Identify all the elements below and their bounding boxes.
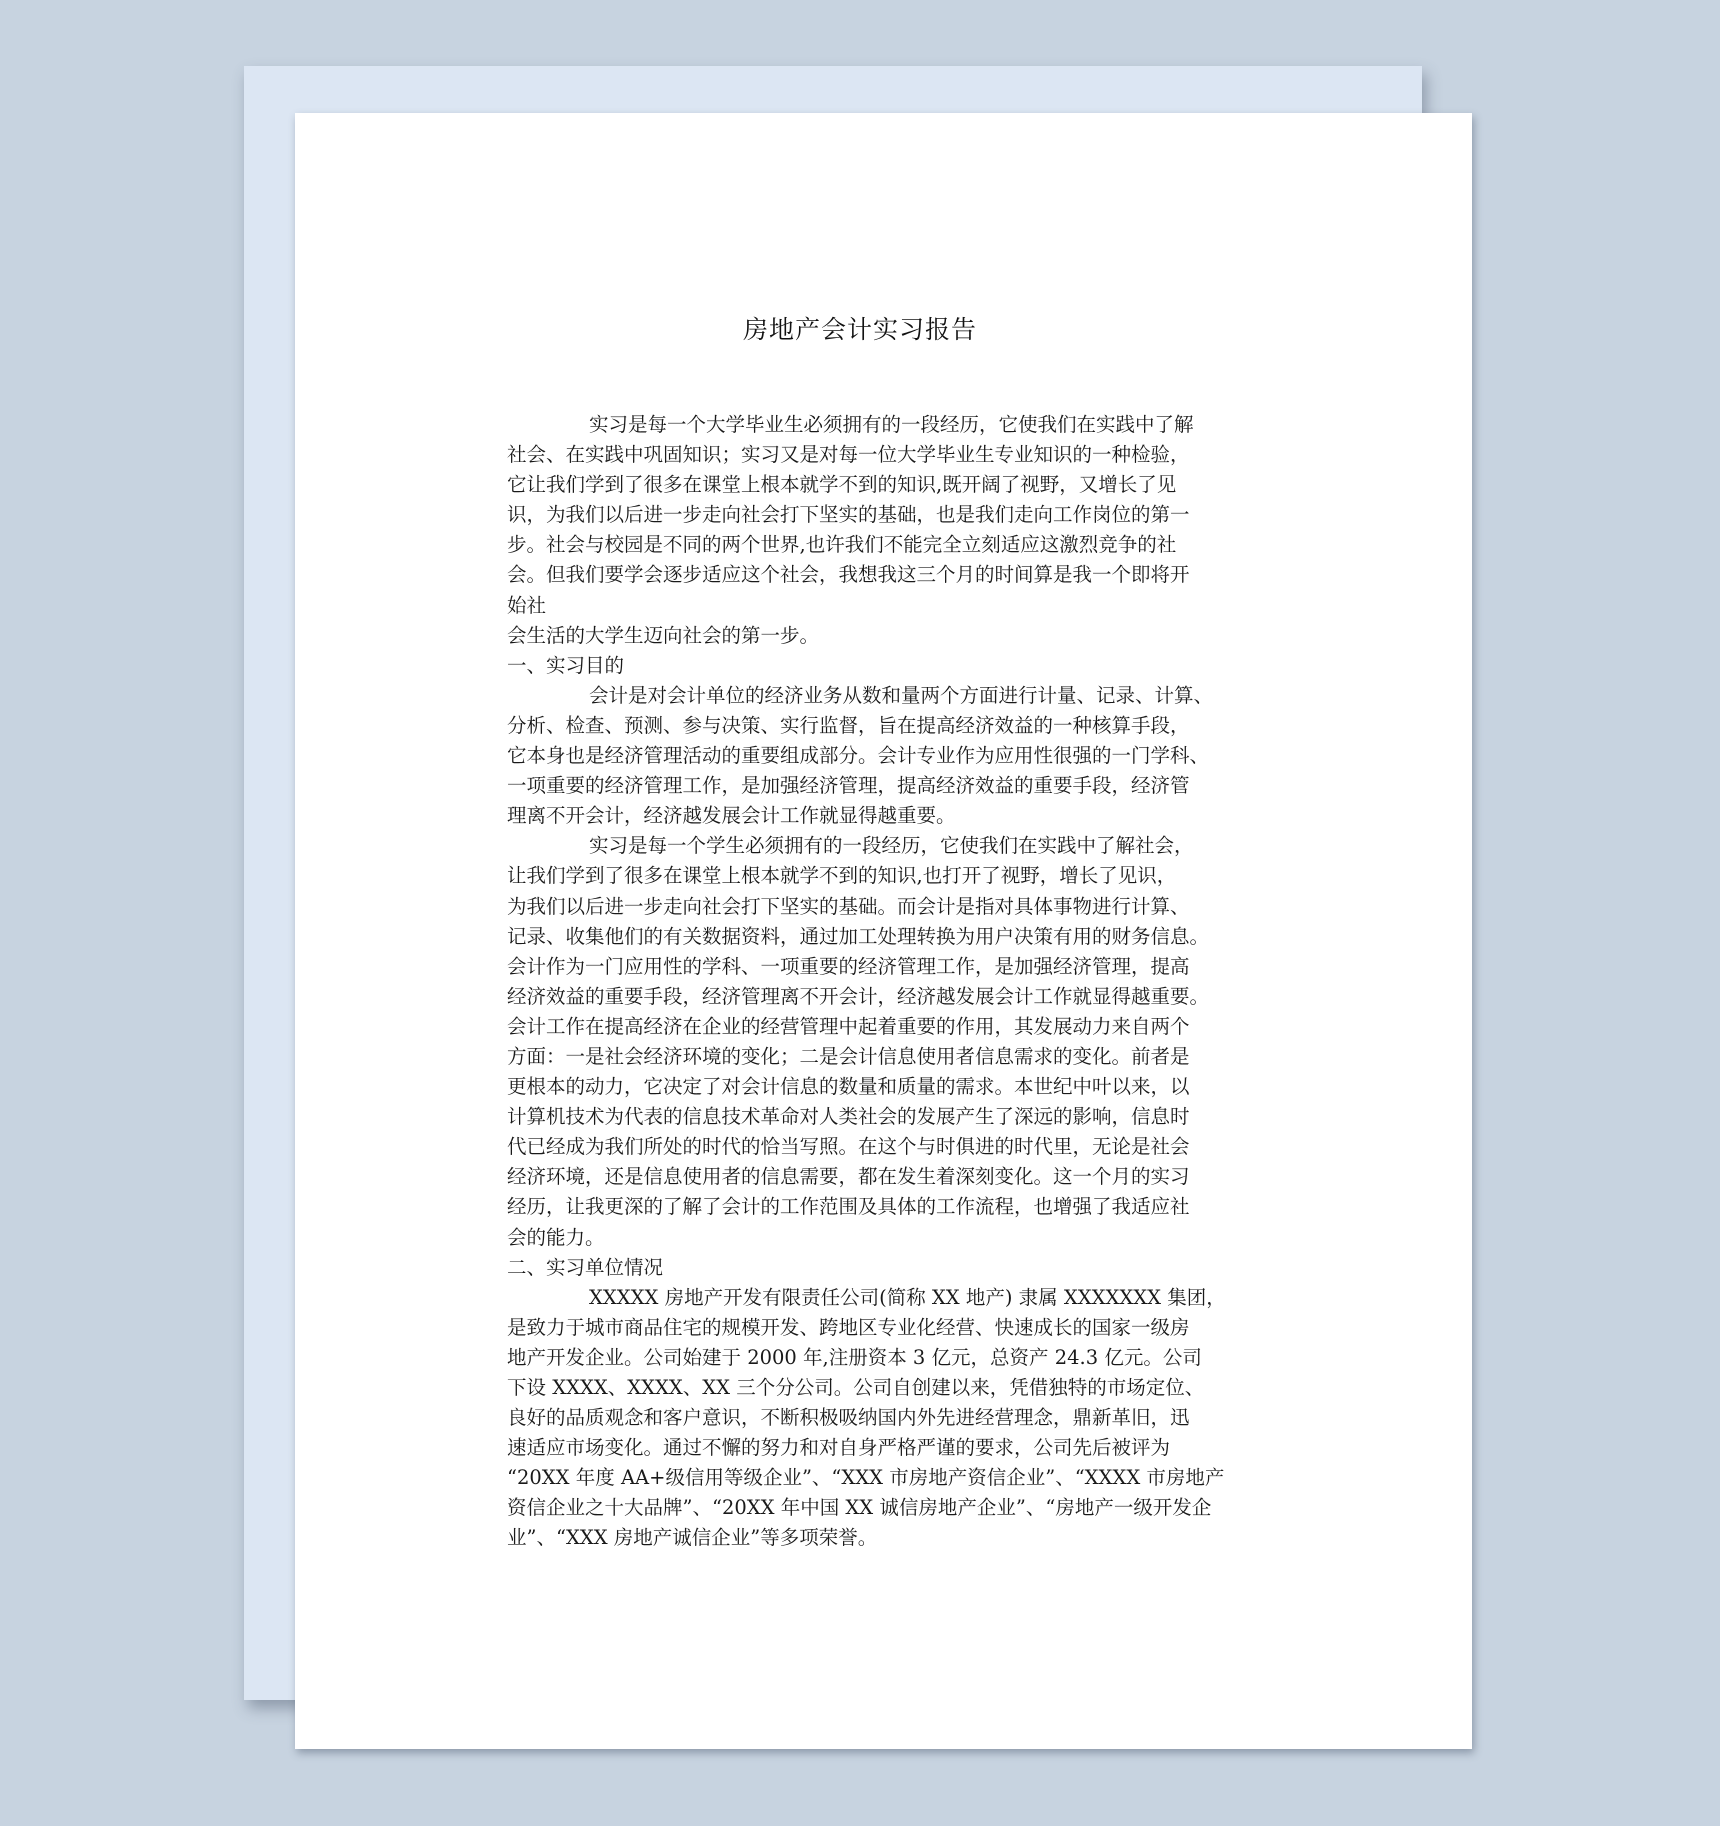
body-line: 速适应市场变化。通过不懈的努力和对自身严格严谨的要求，公司先后被评为 — [507, 1433, 1267, 1463]
body-line: 会计工作在提高经济在企业的经营管理中起着重要的作用，其发展动力来自两个 — [507, 1012, 1267, 1042]
body-line: 分析、检查、预测、参与决策、实行监督，旨在提高经济效益的一种核算手段， — [507, 711, 1267, 741]
body-line: 地产开发企业。公司始建于 2000 年,注册资本 3 亿元，总资产 24.3 亿… — [507, 1343, 1267, 1373]
body-line: 一项重要的经济管理工作，是加强经济管理，提高经济效益的重要手段，经济管 — [507, 771, 1267, 801]
body-line: 为我们以后进一步走向社会打下坚实的基础。而会计是指对具体事物进行计算、 — [507, 892, 1267, 922]
body-line: 会计作为一门应用性的学科、一项重要的经济管理工作，是加强经济管理，提高 — [507, 952, 1267, 982]
body-line: 实习是每一个学生必须拥有的一段经历，它使我们在实践中了解社会， — [507, 831, 1267, 861]
document-title: 房地产会计实习报告 — [0, 310, 1720, 346]
body-line: 步。社会与校园是不同的两个世界,也许我们不能完全立刻适应这激烈竞争的社 — [507, 530, 1267, 560]
body-line: 让我们学到了很多在课堂上根本就学不到的知识,也打开了视野，增长了见识， — [507, 861, 1267, 891]
body-line: 会的能力。 — [507, 1223, 1267, 1253]
body-line: 业”、“XXX 房地产诚信企业”等多项荣誉。 — [507, 1523, 1267, 1553]
body-line: 记录、收集他们的有关数据资料，通过加工处理转换为用户决策有用的财务信息。 — [507, 922, 1267, 952]
body-line: 方面：一是社会经济环境的变化；二是会计信息使用者信息需求的变化。前者是 — [507, 1042, 1267, 1072]
body-line: “20XX 年度 AA+级信用等级企业”、“XXX 市房地产资信企业”、“XXX… — [507, 1463, 1267, 1493]
body-line: 良好的品质观念和客户意识，不断积极吸纳国内外先进经营理念，鼎新革旧，迅 — [507, 1403, 1267, 1433]
body-line: 资信企业之十大品牌”、“20XX 年中国 XX 诚信房地产企业”、“房地产一级开… — [507, 1493, 1267, 1523]
body-line: 会。但我们要学会逐步适应这个社会，我想我这三个月的时间算是我一个即将开 — [507, 560, 1267, 590]
body-line: 理离不开会计，经济越发展会计工作就显得越重要。 — [507, 801, 1267, 831]
body-line: 更根本的动力，它决定了对会计信息的数量和质量的需求。本世纪中叶以来，以 — [507, 1072, 1267, 1102]
body-line: 经历，让我更深的了解了会计的工作范围及具体的工作流程，也增强了我适应社 — [507, 1192, 1267, 1222]
body-line: 是致力于城市商品住宅的规模开发、跨地区专业化经营、快速成长的国家一级房 — [507, 1313, 1267, 1343]
body-line: 计算机技术为代表的信息技术革命对人类社会的发展产生了深远的影响，信息时 — [507, 1102, 1267, 1132]
section-heading: 二、实习单位情况 — [507, 1253, 1267, 1283]
document-body: 实习是每一个大学毕业生必须拥有的一段经历，它使我们在实践中了解社会、在实践中巩固… — [507, 410, 1267, 1554]
body-line: 经济效益的重要手段，经济管理离不开会计，经济越发展会计工作就显得越重要。 — [507, 982, 1267, 1012]
body-line: 实习是每一个大学毕业生必须拥有的一段经历，它使我们在实践中了解 — [507, 410, 1267, 440]
body-line: 下设 XXXX、XXXX、XX 三个分公司。公司自创建以来，凭借独特的市场定位、 — [507, 1373, 1267, 1403]
section-heading: 一、实习目的 — [507, 651, 1267, 681]
body-line: 识，为我们以后进一步走向社会打下坚实的基础，也是我们走向工作岗位的第一 — [507, 500, 1267, 530]
body-line: 会生活的大学生迈向社会的第一步。 — [507, 621, 1267, 651]
body-line: 代已经成为我们所处的时代的恰当写照。在这个与时俱进的时代里，无论是社会 — [507, 1132, 1267, 1162]
body-line: 会计是对会计单位的经济业务从数和量两个方面进行计量、记录、计算、 — [507, 681, 1267, 711]
body-line: 始社 — [507, 591, 1267, 621]
body-line: 它本身也是经济管理活动的重要组成部分。会计专业作为应用性很强的一门学科、 — [507, 741, 1267, 771]
body-line: XXXXX 房地产开发有限责任公司(简称 XX 地产) 隶属 XXXXXXX 集… — [507, 1283, 1267, 1313]
body-line: 经济环境，还是信息使用者的信息需要，都在发生着深刻变化。这一个月的实习 — [507, 1162, 1267, 1192]
body-line: 它让我们学到了很多在课堂上根本就学不到的知识,既开阔了视野，又增长了见 — [507, 470, 1267, 500]
body-line: 社会、在实践中巩固知识；实习又是对每一位大学毕业生专业知识的一种检验， — [507, 440, 1267, 470]
